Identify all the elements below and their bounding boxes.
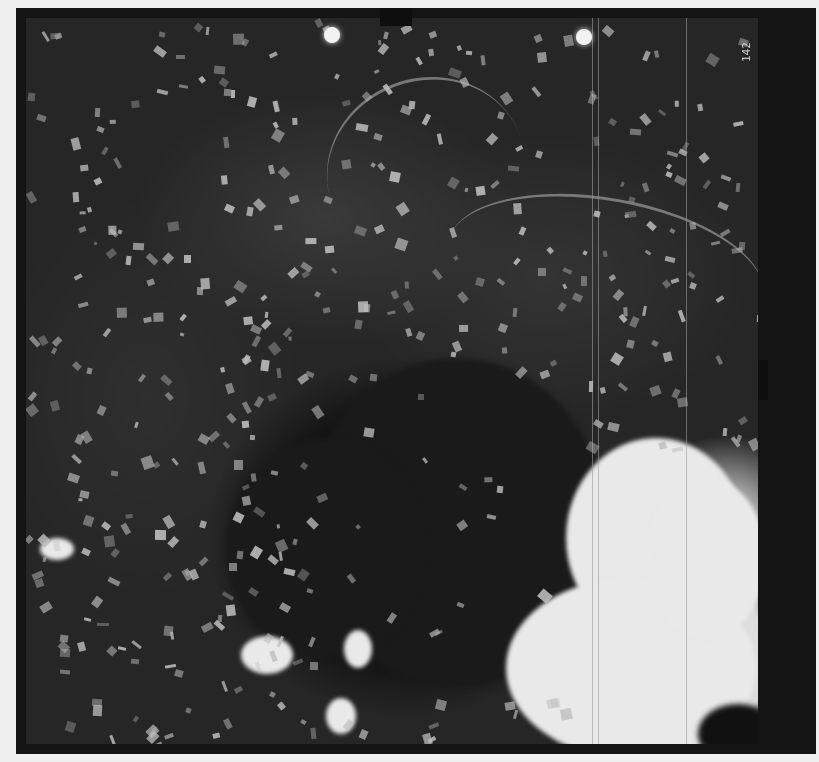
field-patch — [72, 192, 79, 202]
field-patch — [79, 165, 88, 172]
field-patch — [268, 165, 275, 175]
field-patch — [155, 530, 167, 541]
field-patch — [247, 96, 258, 108]
field-patch — [198, 461, 206, 474]
field-patch — [457, 291, 469, 303]
field-patch — [164, 733, 174, 740]
field-patch — [146, 253, 159, 266]
field-patch — [466, 50, 473, 55]
field-patch — [459, 325, 468, 332]
field-patch — [184, 255, 191, 263]
field-patch — [464, 187, 468, 191]
field-patch — [147, 278, 155, 286]
field-patch — [229, 563, 238, 571]
field-patch — [289, 194, 299, 203]
field-patch — [630, 129, 641, 135]
field-patch — [90, 595, 103, 608]
field-patch — [675, 101, 679, 107]
field-patch — [154, 741, 163, 744]
field-patch — [131, 640, 141, 649]
field-patch — [593, 419, 604, 429]
field-patch — [126, 256, 132, 265]
field-patch — [331, 267, 337, 274]
field-patch — [234, 460, 243, 470]
field-patch — [252, 336, 262, 348]
field-patch — [87, 207, 92, 213]
field-patch — [223, 136, 229, 147]
aerial-photo — [26, 18, 758, 744]
field-patch — [504, 701, 515, 711]
field-patch — [451, 351, 457, 357]
field-patch — [677, 397, 689, 407]
field-patch — [618, 382, 628, 391]
field-patch — [358, 302, 368, 313]
field-patch — [698, 153, 709, 165]
field-patch — [642, 51, 650, 62]
field-patch — [301, 271, 310, 279]
field-patch — [64, 721, 76, 733]
field-patch — [531, 87, 541, 98]
field-patch — [607, 117, 616, 126]
field-patch — [538, 268, 546, 276]
field-patch — [213, 733, 221, 739]
field-patch — [429, 31, 438, 39]
field-patch — [415, 331, 425, 341]
field-patch — [323, 307, 331, 314]
field-patch — [143, 317, 152, 324]
field-patch — [288, 267, 300, 278]
field-patch — [689, 222, 696, 230]
field-patch — [480, 56, 486, 66]
field-patch — [508, 166, 519, 172]
field-patch — [513, 709, 518, 719]
field-patch — [100, 521, 110, 531]
field-patch — [261, 319, 272, 330]
field-patch — [389, 171, 401, 182]
field-patch — [702, 180, 710, 189]
field-patch — [213, 66, 224, 75]
field-patch — [234, 280, 248, 293]
field-patch — [722, 428, 727, 436]
field-patch — [270, 691, 276, 698]
field-patch — [138, 374, 146, 383]
field-patch — [610, 352, 624, 366]
field-patch — [118, 646, 126, 651]
field-patch — [74, 434, 84, 445]
field-patch — [589, 381, 594, 392]
field-patch — [107, 646, 118, 657]
field-patch — [108, 226, 116, 235]
field-patch — [261, 359, 271, 371]
field-patch — [497, 322, 507, 332]
cloud — [646, 478, 758, 638]
field-patch — [225, 605, 236, 618]
field-patch — [757, 315, 758, 322]
field-patch — [650, 385, 662, 397]
field-patch — [736, 435, 742, 443]
field-patch — [277, 166, 290, 179]
field-patch — [666, 164, 672, 170]
field-patch — [292, 117, 298, 125]
field-patch — [186, 707, 192, 713]
field-patch — [193, 22, 203, 32]
field-patch — [667, 150, 679, 157]
field-patch — [602, 24, 615, 37]
field-patch — [224, 204, 235, 214]
field-patch — [198, 433, 210, 444]
field-patch — [736, 183, 741, 192]
film-scratch — [686, 18, 687, 744]
field-patch — [418, 394, 425, 400]
field-patch — [342, 159, 352, 169]
field-patch — [96, 405, 107, 417]
field-patch — [165, 392, 175, 402]
field-patch — [717, 201, 728, 211]
field-patch — [654, 50, 659, 58]
field-patch — [83, 618, 90, 623]
field-patch — [163, 573, 172, 582]
field-patch — [55, 33, 63, 40]
field-patch — [86, 367, 92, 374]
field-patch — [79, 498, 83, 501]
field-patch — [133, 715, 139, 722]
field-patch — [620, 181, 625, 187]
field-patch — [355, 123, 368, 132]
field-patch — [537, 52, 547, 63]
field-patch — [404, 281, 409, 289]
field-patch — [738, 416, 748, 426]
fiducial-mark — [576, 29, 592, 45]
field-patch — [101, 147, 109, 156]
field-patch — [199, 520, 207, 529]
fiducial-mark — [324, 27, 340, 43]
field-patch — [448, 67, 462, 78]
field-patch — [153, 45, 167, 58]
field-patch — [503, 348, 508, 354]
field-patch — [81, 548, 91, 557]
field-patch — [225, 296, 237, 307]
field-patch — [715, 355, 722, 364]
cloud-small — [326, 698, 356, 734]
field-patch — [475, 186, 486, 196]
field-patch — [179, 85, 188, 90]
field-patch — [672, 388, 681, 399]
field-patch — [179, 332, 184, 337]
field-patch — [651, 340, 659, 347]
field-patch — [67, 472, 80, 483]
field-patch — [342, 100, 351, 107]
field-patch — [374, 69, 380, 74]
field-patch — [640, 113, 652, 126]
field-patch — [97, 126, 105, 133]
field-patch — [535, 150, 543, 159]
field-patch — [110, 119, 116, 123]
field-patch — [273, 122, 279, 129]
field-patch — [310, 662, 318, 670]
field-patch — [233, 34, 244, 46]
field-patch — [306, 238, 317, 244]
field-patch — [80, 211, 86, 215]
field-patch — [26, 535, 34, 545]
field-patch — [674, 175, 687, 186]
field-patch — [607, 421, 619, 431]
field-patch — [159, 31, 166, 37]
field-patch — [26, 190, 37, 203]
field-patch — [91, 699, 101, 707]
field-patch — [383, 32, 389, 40]
field-patch — [563, 35, 574, 47]
field-patch — [95, 108, 101, 118]
field-patch — [378, 40, 382, 45]
field-patch — [175, 669, 185, 678]
field-patch — [277, 368, 282, 378]
field-patch — [314, 291, 321, 298]
field-patch — [51, 347, 58, 355]
field-patch — [201, 621, 214, 632]
field-patch — [179, 314, 187, 322]
field-patch — [60, 670, 70, 675]
field-patch — [26, 403, 39, 417]
field-patch — [402, 300, 413, 313]
field-patch — [226, 413, 236, 424]
field-patch — [78, 226, 86, 233]
field-patch — [354, 319, 362, 329]
field-patch — [273, 101, 280, 112]
field-patch — [60, 649, 70, 658]
frame-notch — [380, 8, 412, 26]
field-patch — [120, 523, 131, 536]
field-patch — [733, 121, 744, 127]
field-patch — [312, 405, 325, 419]
field-patch — [133, 242, 145, 249]
field-patch — [160, 374, 172, 385]
field-patch — [78, 302, 89, 309]
field-patch — [171, 458, 179, 466]
field-patch — [681, 141, 690, 153]
field-patch — [156, 88, 167, 94]
field-patch — [625, 210, 636, 217]
field-patch — [97, 623, 109, 626]
field-patch — [706, 53, 721, 68]
field-patch — [225, 383, 235, 395]
field-patch — [277, 701, 286, 710]
field-patch — [260, 295, 267, 302]
field-patch — [198, 76, 206, 84]
field-patch — [113, 157, 122, 169]
field-patch — [93, 241, 97, 245]
field-patch — [391, 290, 400, 300]
field-patch — [176, 55, 185, 59]
frame-notch — [758, 360, 768, 400]
field-patch — [168, 221, 180, 232]
film-scratch — [598, 18, 599, 744]
field-patch — [135, 422, 140, 428]
field-patch — [658, 109, 666, 116]
field-patch — [720, 174, 730, 181]
field-patch — [224, 718, 234, 730]
field-patch — [364, 428, 375, 438]
field-patch — [36, 114, 46, 123]
field-patch — [500, 92, 514, 106]
field-patch — [484, 477, 492, 482]
field-patch — [665, 171, 672, 178]
field-patch — [141, 455, 155, 469]
field-patch — [110, 470, 118, 477]
field-patch — [218, 615, 223, 623]
field-patch — [539, 370, 550, 380]
field-patch — [626, 339, 634, 348]
field-patch — [513, 203, 521, 215]
field-patch — [71, 454, 82, 465]
field-patch — [242, 420, 250, 428]
field-patch — [497, 486, 504, 494]
field-patch — [456, 45, 461, 51]
field-patch — [697, 103, 703, 110]
field-patch — [51, 336, 62, 347]
field-patch — [334, 74, 339, 80]
field-patch — [107, 576, 120, 586]
field-patch — [415, 57, 423, 66]
field-patch — [223, 89, 230, 97]
field-patch — [406, 328, 413, 337]
field-patch — [206, 27, 210, 36]
field-patch — [250, 435, 255, 440]
field-patch — [80, 490, 90, 498]
field-patch — [92, 705, 101, 716]
field-patch — [73, 273, 82, 281]
field-patch — [432, 269, 443, 281]
field-patch — [218, 77, 228, 87]
field-patch — [39, 601, 53, 614]
field-patch — [130, 659, 139, 665]
field-patch — [315, 18, 324, 27]
field-patch — [264, 311, 268, 318]
frame-number: 142 — [738, 26, 758, 78]
field-patch — [292, 659, 303, 666]
field-patch — [42, 556, 46, 562]
field-patch — [560, 708, 573, 721]
field-patch — [221, 681, 228, 693]
field-patch — [370, 373, 378, 381]
field-patch — [125, 514, 132, 519]
field-patch — [164, 625, 174, 636]
field-patch — [600, 387, 606, 394]
field-patch — [642, 182, 650, 193]
field-patch — [28, 392, 38, 402]
field-patch — [288, 336, 291, 340]
field-patch — [359, 729, 369, 740]
field-patch — [162, 252, 174, 264]
field-patch — [720, 229, 731, 238]
field-patch — [199, 557, 209, 567]
field-patch — [253, 198, 266, 212]
field-patch — [311, 727, 317, 738]
field-patch — [689, 282, 697, 290]
field-patch — [602, 251, 607, 258]
field-patch — [50, 400, 60, 412]
field-patch — [103, 327, 111, 336]
field-patch — [168, 536, 179, 547]
field-patch — [325, 246, 335, 254]
field-patch — [662, 352, 672, 363]
field-patch — [452, 341, 462, 353]
field-patch — [103, 535, 115, 547]
field-patch — [429, 722, 439, 729]
field-patch — [348, 374, 358, 384]
field-patch — [300, 719, 306, 725]
field-patch — [271, 128, 285, 142]
field-patch — [429, 48, 435, 55]
field-patch — [200, 277, 210, 288]
field-patch — [77, 641, 86, 651]
field-patch — [242, 401, 252, 414]
field-patch — [268, 51, 278, 59]
field-patch — [435, 699, 447, 711]
field-patch — [231, 90, 235, 98]
field-patch — [223, 441, 231, 449]
field-patch — [267, 342, 281, 356]
field-patch — [220, 367, 225, 373]
field-patch — [27, 93, 34, 102]
cloud-small — [344, 630, 372, 668]
field-patch — [274, 225, 282, 231]
field-patch — [748, 438, 758, 452]
field-patch — [234, 686, 243, 694]
field-patch — [549, 360, 557, 367]
field-patch — [131, 101, 140, 108]
field-patch — [94, 177, 103, 186]
field-patch — [71, 137, 82, 151]
field-patch — [110, 548, 120, 558]
field-patch — [117, 308, 127, 318]
field-patch — [106, 248, 117, 259]
field-patch — [267, 393, 277, 402]
field-patch — [83, 515, 95, 528]
field-patch — [246, 206, 253, 215]
field-patch — [165, 664, 176, 669]
field-patch — [534, 34, 543, 43]
field-patch — [581, 276, 587, 286]
field-patch — [162, 514, 175, 528]
field-patch — [623, 307, 627, 317]
field-patch — [221, 591, 233, 601]
field-patch — [243, 316, 253, 325]
field-patch — [109, 735, 116, 744]
field-patch — [72, 361, 82, 370]
field-patch — [236, 551, 243, 559]
field-patch — [221, 175, 228, 184]
field-patch — [387, 310, 395, 315]
field-patch — [254, 396, 264, 408]
field-patch — [208, 430, 220, 442]
field-patch — [153, 312, 163, 321]
